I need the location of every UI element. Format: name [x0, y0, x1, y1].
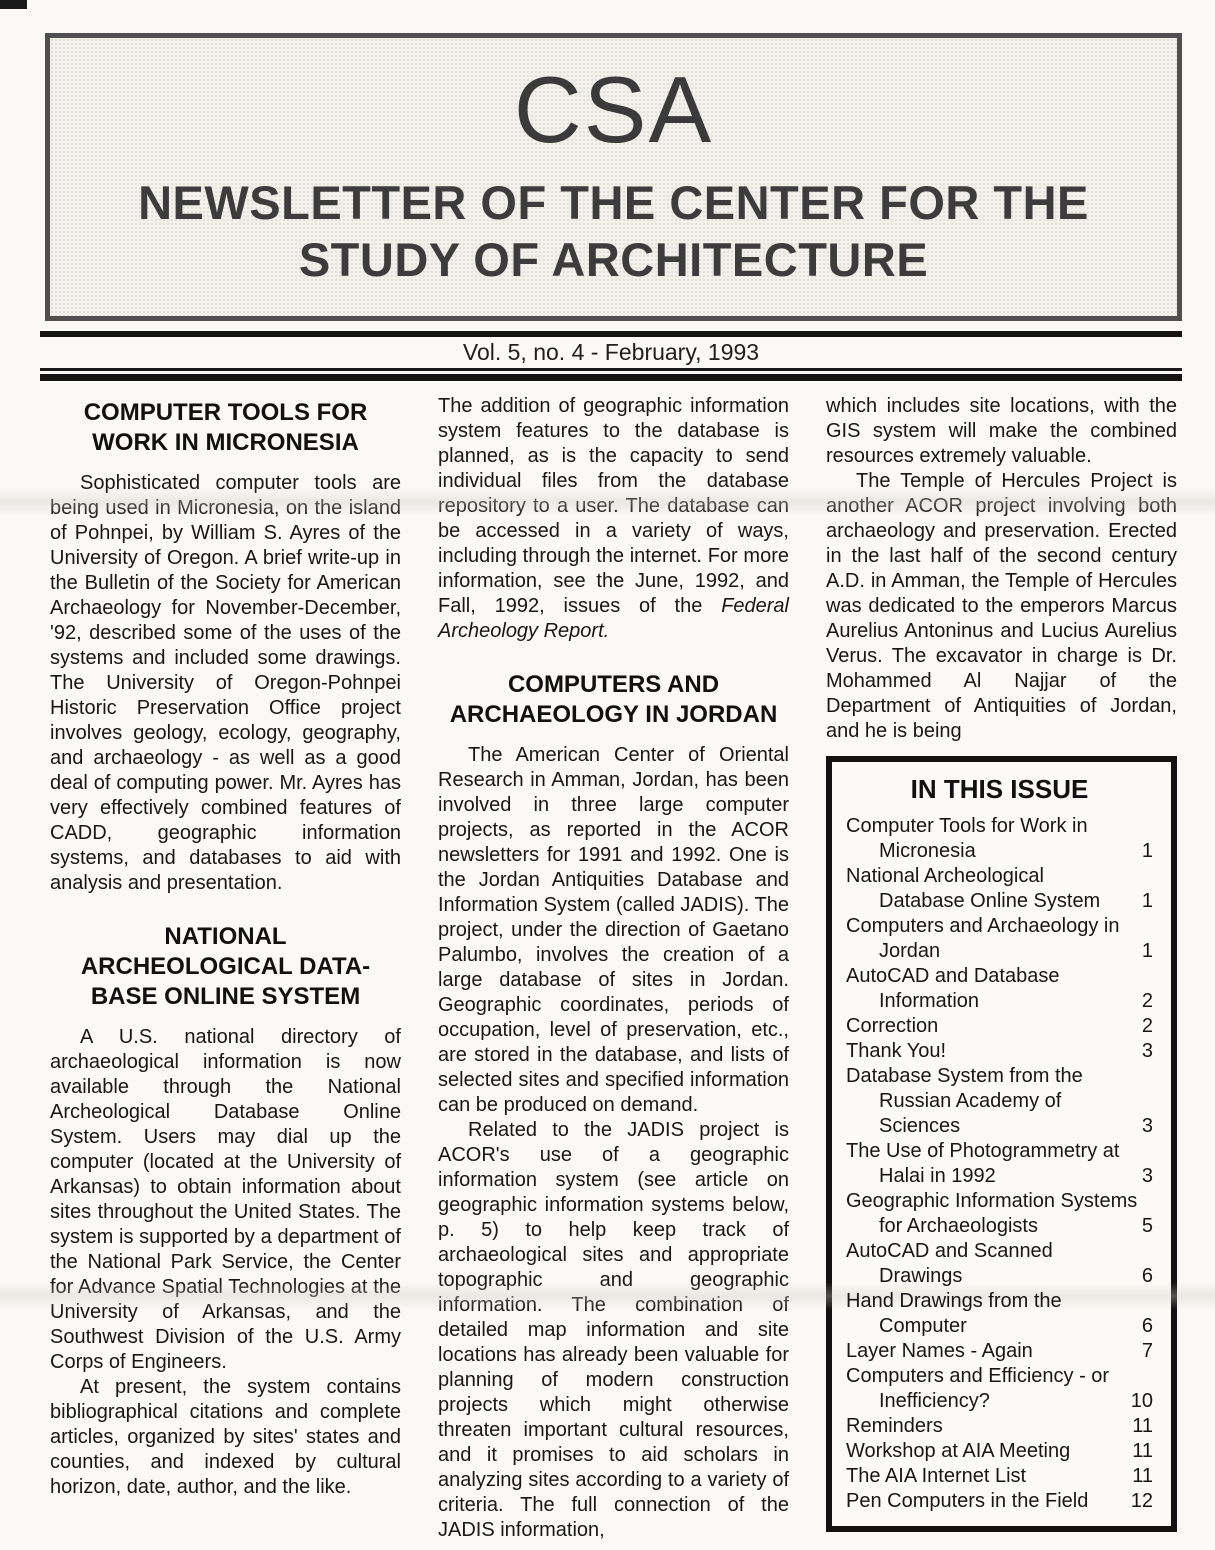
- toc-entry-title: Computers and Archaeology in Jordan: [846, 914, 1153, 964]
- article-heading-nadb: NATIONAL ARCHEOLOGICAL DATA- BASE ONLINE…: [50, 922, 401, 1012]
- newsletter-title: NEWSLETTER OF THE CENTER FOR THE STUDY O…: [60, 174, 1167, 288]
- toc-entry-title: The Use of Photogrammetry at Halai in 19…: [846, 1139, 1153, 1189]
- toc-entry-page: 11: [1113, 1464, 1153, 1489]
- toc-entry-title: National Archeological Database Online S…: [846, 864, 1153, 914]
- toc-entry-title: Computer Tools for Work in Micronesia: [846, 814, 1153, 864]
- toc-entry-page: 11: [1113, 1414, 1153, 1439]
- toc-entry: Hand Drawings from the Computer 6: [846, 1289, 1153, 1339]
- toc-entry: Workshop at AIA Meeting 11: [846, 1439, 1153, 1464]
- toc-entry-title: Pen Computers in the Field: [846, 1489, 1153, 1514]
- toc-entry: Computer Tools for Work in Micronesia 1: [846, 814, 1153, 864]
- content-columns: COMPUTER TOOLS FOR WORK IN MICRONESIA So…: [50, 394, 1177, 1543]
- toc-entry: Pen Computers in the Field 12: [846, 1489, 1153, 1514]
- toc-entry: The Use of Photogrammetry at Halai in 19…: [846, 1139, 1153, 1189]
- toc-entry-page: 3: [1113, 1039, 1153, 1064]
- toc-entry-title: Database System from the Russian Academy…: [846, 1064, 1153, 1139]
- toc-entry-page: 1: [1113, 889, 1153, 914]
- toc-entry-title: Hand Drawings from the Computer: [846, 1289, 1153, 1339]
- toc-entry: National Archeological Database Online S…: [846, 864, 1153, 914]
- toc-entry-page: 3: [1113, 1164, 1153, 1189]
- toc-entry-title: Geographic Information Systems for Archa…: [846, 1189, 1153, 1239]
- toc-entry-page: 1: [1113, 839, 1153, 864]
- toc-entry: Computers and Archaeology in Jordan 1: [846, 914, 1153, 964]
- toc-entry-title: Correction: [846, 1014, 1153, 1039]
- article-paragraph: The American Center of Oriental Research…: [438, 743, 789, 1118]
- article-paragraph: Related to the JADIS project is ACOR's u…: [438, 1118, 789, 1543]
- toc-entry-title: Reminders: [846, 1414, 1153, 1439]
- toc-entry: Correction 2: [846, 1014, 1153, 1039]
- paragraph-text: The addition of geographic information s…: [438, 395, 789, 617]
- article-paragraph: The addition of geographic information s…: [438, 394, 789, 644]
- toc-entry-page: 1: [1113, 939, 1153, 964]
- article-heading-micronesia: COMPUTER TOOLS FOR WORK IN MICRONESIA: [50, 398, 401, 458]
- toc-entry-page: 12: [1113, 1489, 1153, 1514]
- toc-entry-page: 5: [1113, 1214, 1153, 1239]
- rule-bottom: [40, 374, 1182, 381]
- toc-entry-title: Thank You!: [846, 1039, 1153, 1064]
- toc-entry-title: Computers and Efficiency - or Inefficien…: [846, 1364, 1153, 1414]
- toc-entry: Layer Names - Again 7: [846, 1339, 1153, 1364]
- toc-entry: AutoCAD and Scanned Drawings 6: [846, 1239, 1153, 1289]
- toc-entry: Geographic Information Systems for Archa…: [846, 1189, 1153, 1239]
- scan-artifact: [0, 0, 27, 9]
- toc-entry-title: Layer Names - Again: [846, 1339, 1153, 1364]
- toc-entry-page: 10: [1113, 1389, 1153, 1414]
- masthead-box: CSA NEWSLETTER OF THE CENTER FOR THE STU…: [45, 33, 1182, 321]
- toc-entry-page: 11: [1113, 1439, 1153, 1464]
- toc-entry-page: 6: [1113, 1264, 1153, 1289]
- article-paragraph: A U.S. national directory of archaeologi…: [50, 1025, 401, 1375]
- article-paragraph: which includes site locations, with the …: [826, 394, 1177, 469]
- newsletter-page: { "masthead": { "logo": "CSA", "title": …: [0, 0, 1215, 1550]
- toc-entry: The AIA Internet List 11: [846, 1464, 1153, 1489]
- toc-entry-title: AutoCAD and Scanned Drawings: [846, 1239, 1153, 1289]
- toc-box: IN THIS ISSUE Computer Tools for Work in…: [826, 756, 1177, 1532]
- column-3: which includes site locations, with the …: [826, 394, 1177, 1543]
- toc-entry: Database System from the Russian Academy…: [846, 1064, 1153, 1139]
- article-paragraph: At present, the system contains bibliogr…: [50, 1375, 401, 1500]
- issue-line: Vol. 5, no. 4 - February, 1993: [40, 337, 1182, 371]
- toc-entry-title: Workshop at AIA Meeting: [846, 1439, 1153, 1464]
- toc-entry-page: 2: [1113, 1014, 1153, 1039]
- column-1: COMPUTER TOOLS FOR WORK IN MICRONESIA So…: [50, 394, 401, 1543]
- column-2: The addition of geographic information s…: [438, 394, 789, 1543]
- toc-entry-title: AutoCAD and Database Information: [846, 964, 1153, 1014]
- article-paragraph: Sophisticated computer tools are being u…: [50, 471, 401, 896]
- toc-entry: Reminders 11: [846, 1414, 1153, 1439]
- article-paragraph: The Temple of Hercules Project is anothe…: [826, 469, 1177, 744]
- toc-entry-page: 3: [1113, 1114, 1153, 1139]
- toc-entry-page: 7: [1113, 1339, 1153, 1364]
- toc-heading: IN THIS ISSUE: [846, 774, 1153, 804]
- csa-logo: CSA: [60, 62, 1167, 158]
- toc-entry: Thank You! 3: [846, 1039, 1153, 1064]
- article-heading-jordan: COMPUTERS AND ARCHAEOLOGY IN JORDAN: [438, 670, 789, 730]
- toc-entry-page: 6: [1113, 1314, 1153, 1339]
- toc-entry-page: 2: [1113, 989, 1153, 1014]
- toc-entry: AutoCAD and Database Information 2: [846, 964, 1153, 1014]
- toc-entry-title: The AIA Internet List: [846, 1464, 1153, 1489]
- toc-entry: Computers and Efficiency - or Inefficien…: [846, 1364, 1153, 1414]
